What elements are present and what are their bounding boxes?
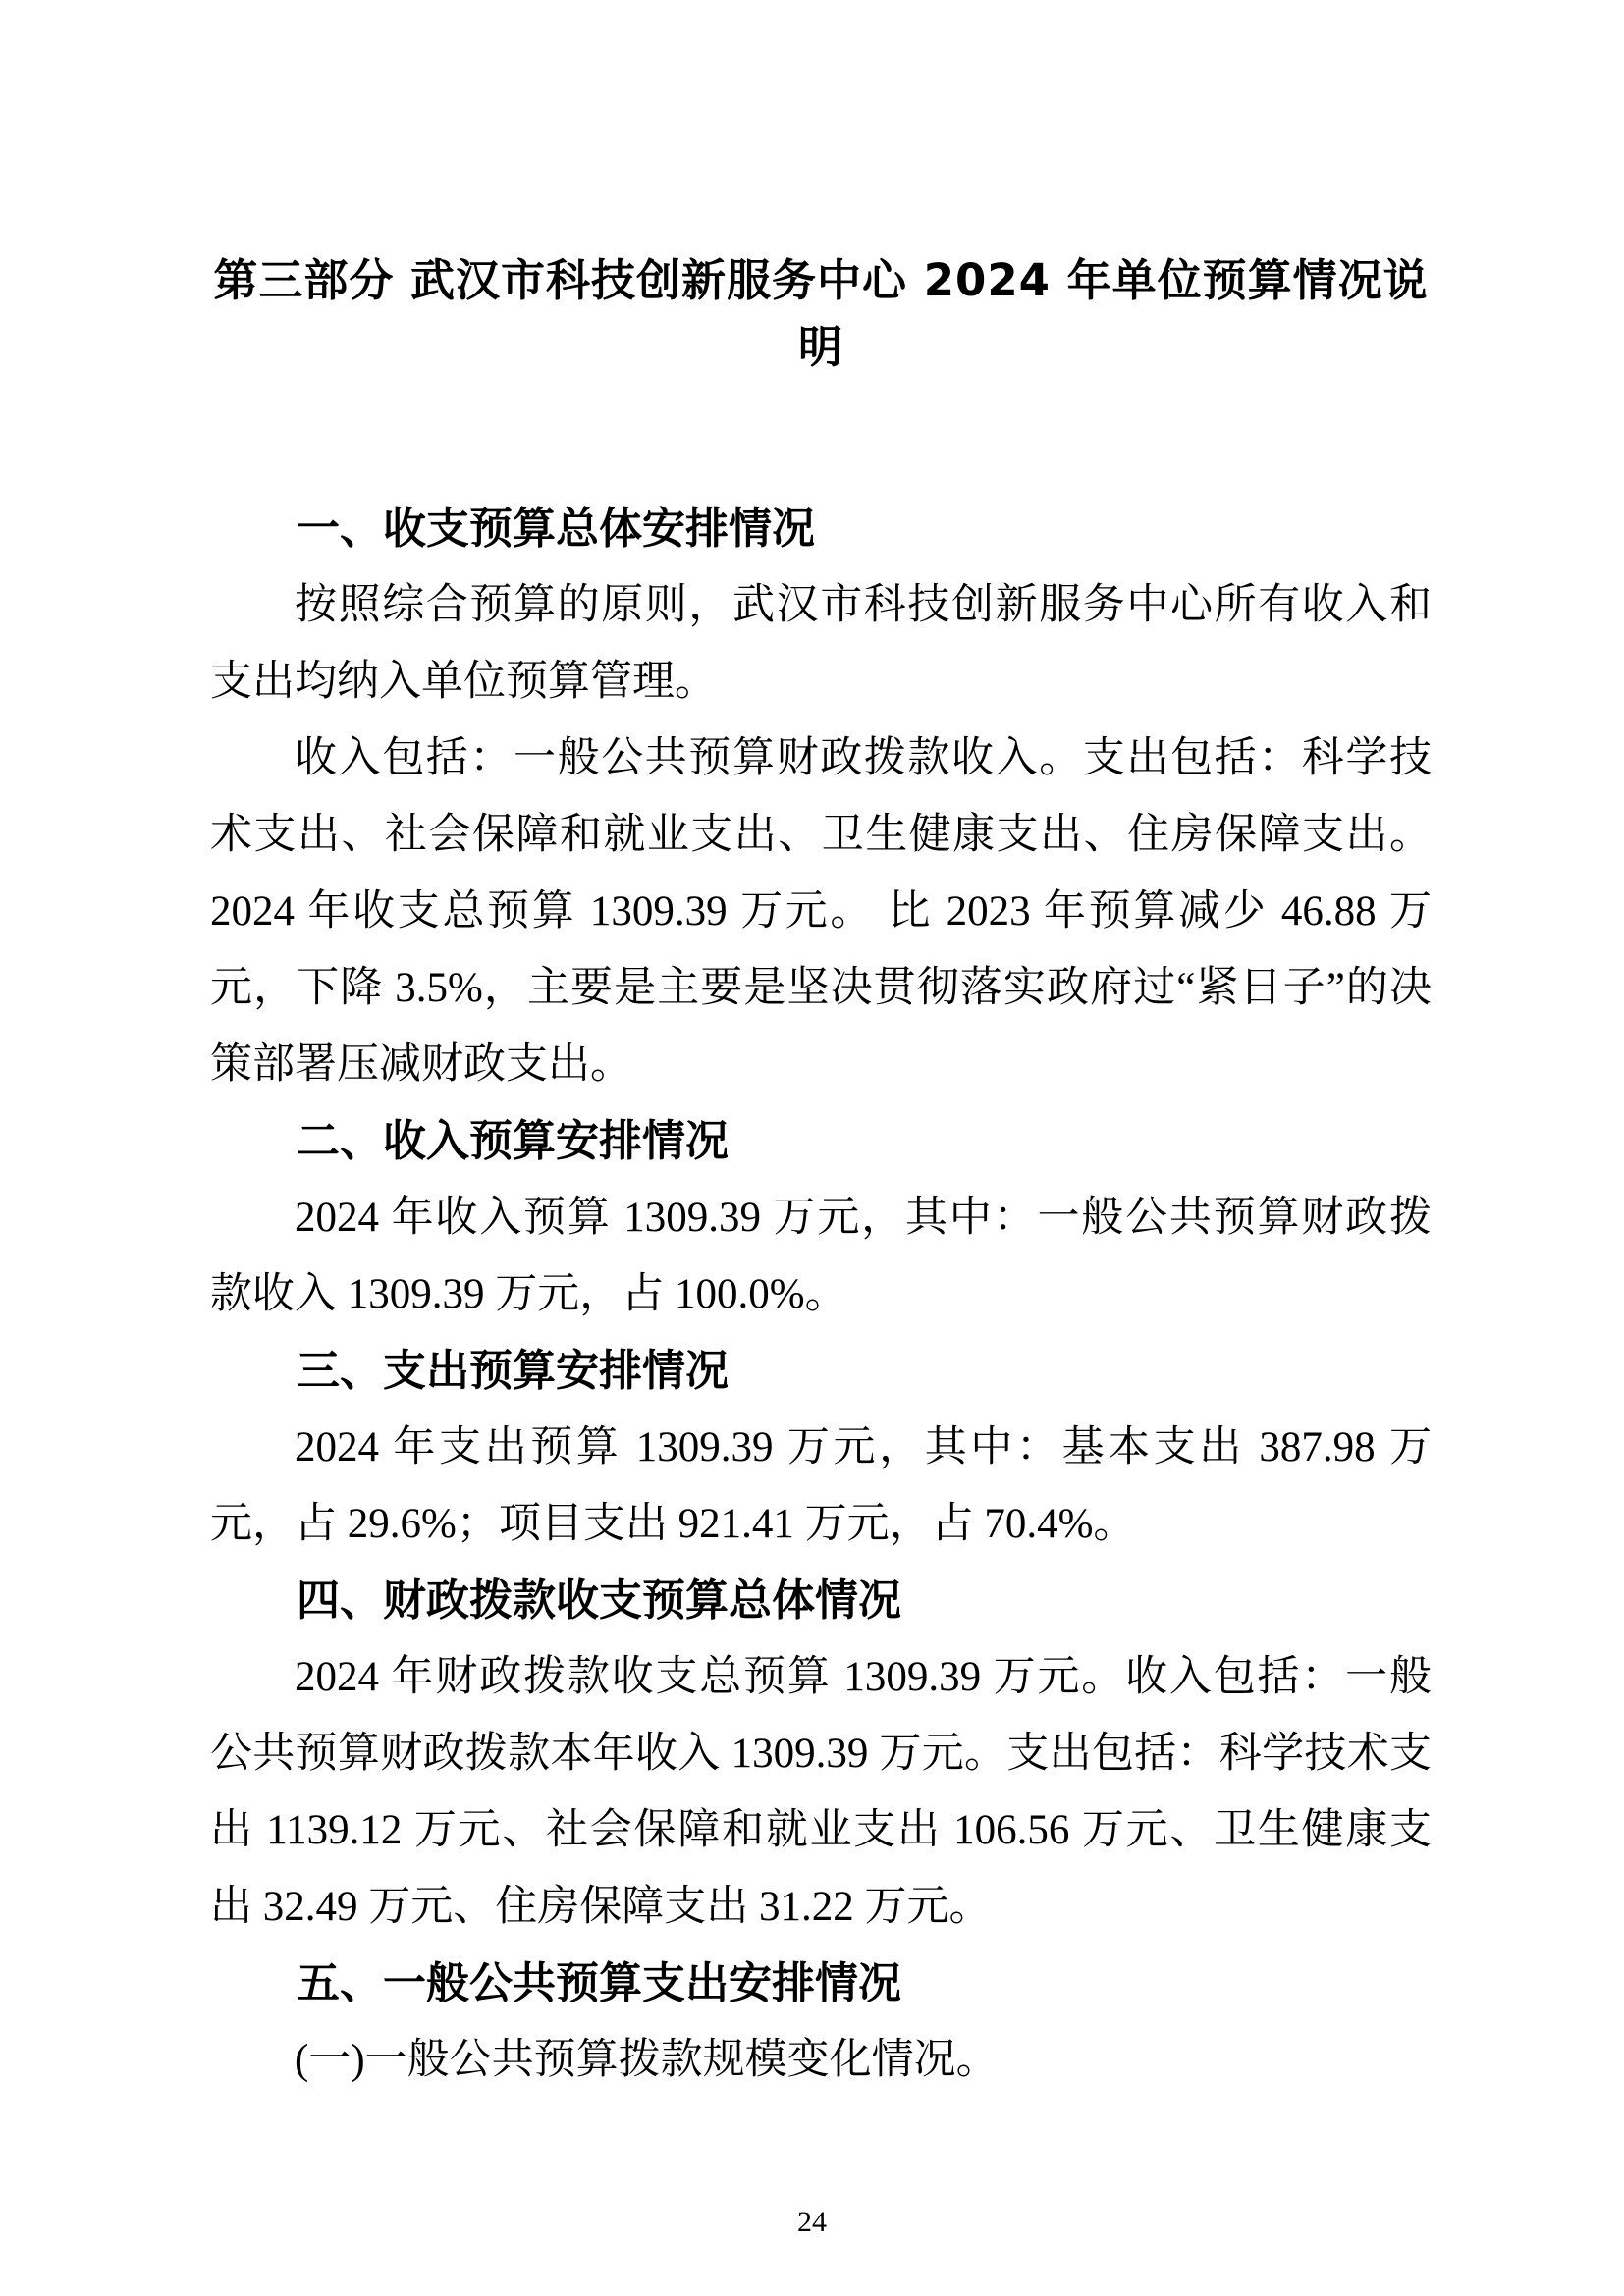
section-heading-1: 一、收支预算总体安排情况 (210, 491, 1432, 567)
page-number: 24 (0, 2206, 1624, 2239)
paragraph: 2024 年支出预算 1309.39 万元，其中：基本支出 387.98 万元，… (210, 1410, 1432, 1563)
paragraph: 收入包括：一般公共预算财政拨款收入。支出包括：科学技术支出、社会保障和就业支出、… (210, 721, 1432, 1103)
paragraph: 2024 年财政拨款收支总预算 1309.39 万元。收入包括：一般公共预算财政… (210, 1639, 1432, 1946)
section-heading-3: 三、支出预算安排情况 (210, 1333, 1432, 1410)
section-heading-5: 五、一般公共预算支出安排情况 (210, 1946, 1432, 2022)
paragraph: (一)一般公共预算拨款规模变化情况。 (210, 2022, 1432, 2099)
paragraph: 按照综合预算的原则，武汉市科技创新服务中心所有收入和支出均纳入单位预算管理。 (210, 567, 1432, 721)
section-heading-4: 四、财政拨款收支预算总体情况 (210, 1563, 1432, 1639)
paragraph: 2024 年收入预算 1309.39 万元，其中：一般公共预算财政拨款收入 13… (210, 1180, 1432, 1333)
document-title: 第三部分 武汉市科技创新服务中心 2024 年单位预算情况说明 (210, 247, 1432, 381)
document-page: 第三部分 武汉市科技创新服务中心 2024 年单位预算情况说明 一、收支预算总体… (0, 0, 1624, 2296)
section-heading-2: 二、收入预算安排情况 (210, 1103, 1432, 1180)
